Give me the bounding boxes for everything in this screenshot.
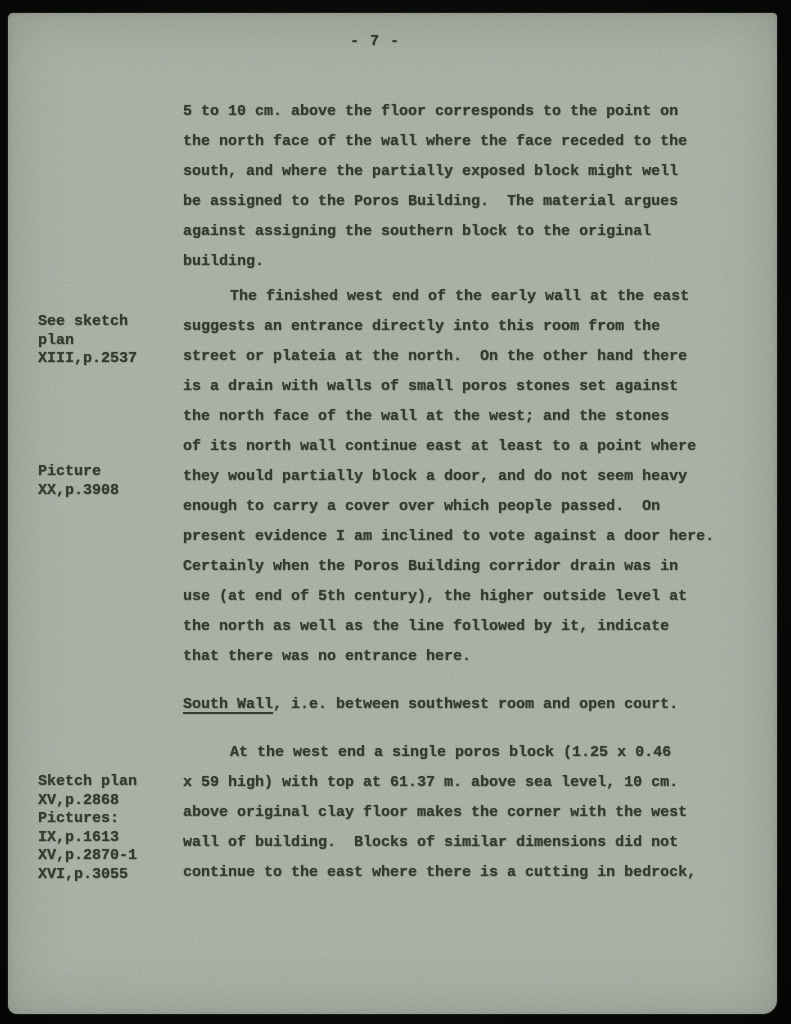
text-line: x 59 high) with top at 61.37 m. above se…: [183, 768, 735, 798]
text-line: that there was no entrance here.: [183, 642, 735, 672]
text-line: of its north wall continue east at least…: [183, 432, 735, 462]
text-line: use (at end of 5th century), the higher …: [183, 582, 735, 612]
section-heading-south-wall: South Wall, i.e. between southwest room …: [183, 690, 735, 720]
page-number: - 7 -: [350, 33, 400, 50]
text-line: building.: [183, 247, 735, 277]
margin-note-line: XX,p.3908: [38, 482, 178, 501]
text-line: the north as well as the line followed b…: [183, 612, 735, 642]
margin-note-picture: Picture XX,p.3908: [38, 463, 178, 500]
text-line: they would partially block a door, and d…: [183, 462, 735, 492]
margin-note-line: IX,p.1613: [38, 829, 178, 848]
margin-note-line: Pictures:: [38, 810, 178, 829]
margin-note-line: XV,p.2868: [38, 792, 178, 811]
text-line: the north face of the wall at the west; …: [183, 402, 735, 432]
text-line: is a drain with walls of small poros sto…: [183, 372, 735, 402]
text-line: present evidence I am inclined to vote a…: [183, 522, 735, 552]
text-line: south, and where the partially exposed b…: [183, 157, 735, 187]
margin-note-line: XIII,p.2537: [38, 350, 178, 369]
document-page: - 7 - See sketch plan XIII,p.2537 Pictur…: [8, 13, 777, 1014]
heading-underlined-text: South Wall: [183, 696, 273, 713]
margin-note-line: XV,p.2870-1: [38, 847, 178, 866]
text-line: continue to the east where there is a cu…: [183, 858, 735, 888]
text-line: the north face of the wall where the fac…: [183, 127, 735, 157]
text-line: above original clay floor makes the corn…: [183, 798, 735, 828]
text-line: wall of building. Blocks of similar dime…: [183, 828, 735, 858]
margin-note-line: Sketch plan: [38, 773, 178, 792]
margin-note-line: See sketch: [38, 313, 178, 332]
text-line: Certainly when the Poros Building corrid…: [183, 552, 735, 582]
text-line: 5 to 10 cm. above the floor corresponds …: [183, 97, 735, 127]
margin-note-line: XVI,p.3055: [38, 866, 178, 885]
margin-note-line: Picture: [38, 463, 178, 482]
text-line: At the west end a single poros block (1.…: [183, 738, 735, 768]
text-line: street or plateia at the north. On the o…: [183, 342, 735, 372]
text-line: The finished west end of the early wall …: [183, 282, 735, 312]
paragraph: 5 to 10 cm. above the floor corresponds …: [183, 97, 735, 277]
paragraph: The finished west end of the early wall …: [183, 282, 735, 672]
text-line: against assigning the southern block to …: [183, 217, 735, 247]
body-text: 5 to 10 cm. above the floor corresponds …: [183, 97, 735, 888]
margin-note-line: plan: [38, 332, 178, 351]
paragraph: At the west end a single poros block (1.…: [183, 738, 735, 888]
text-line: enough to carry a cover over which peopl…: [183, 492, 735, 522]
text-line: suggests an entrance directly into this …: [183, 312, 735, 342]
margin-note-sketch-plan-pictures: Sketch plan XV,p.2868 Pictures: IX,p.161…: [38, 773, 178, 884]
scan-background: - 7 - See sketch plan XIII,p.2537 Pictur…: [0, 0, 791, 1024]
heading-rest-text: , i.e. between southwest room and open c…: [273, 696, 678, 713]
text-line: be assigned to the Poros Building. The m…: [183, 187, 735, 217]
margin-note-sketch-plan: See sketch plan XIII,p.2537: [38, 313, 178, 369]
